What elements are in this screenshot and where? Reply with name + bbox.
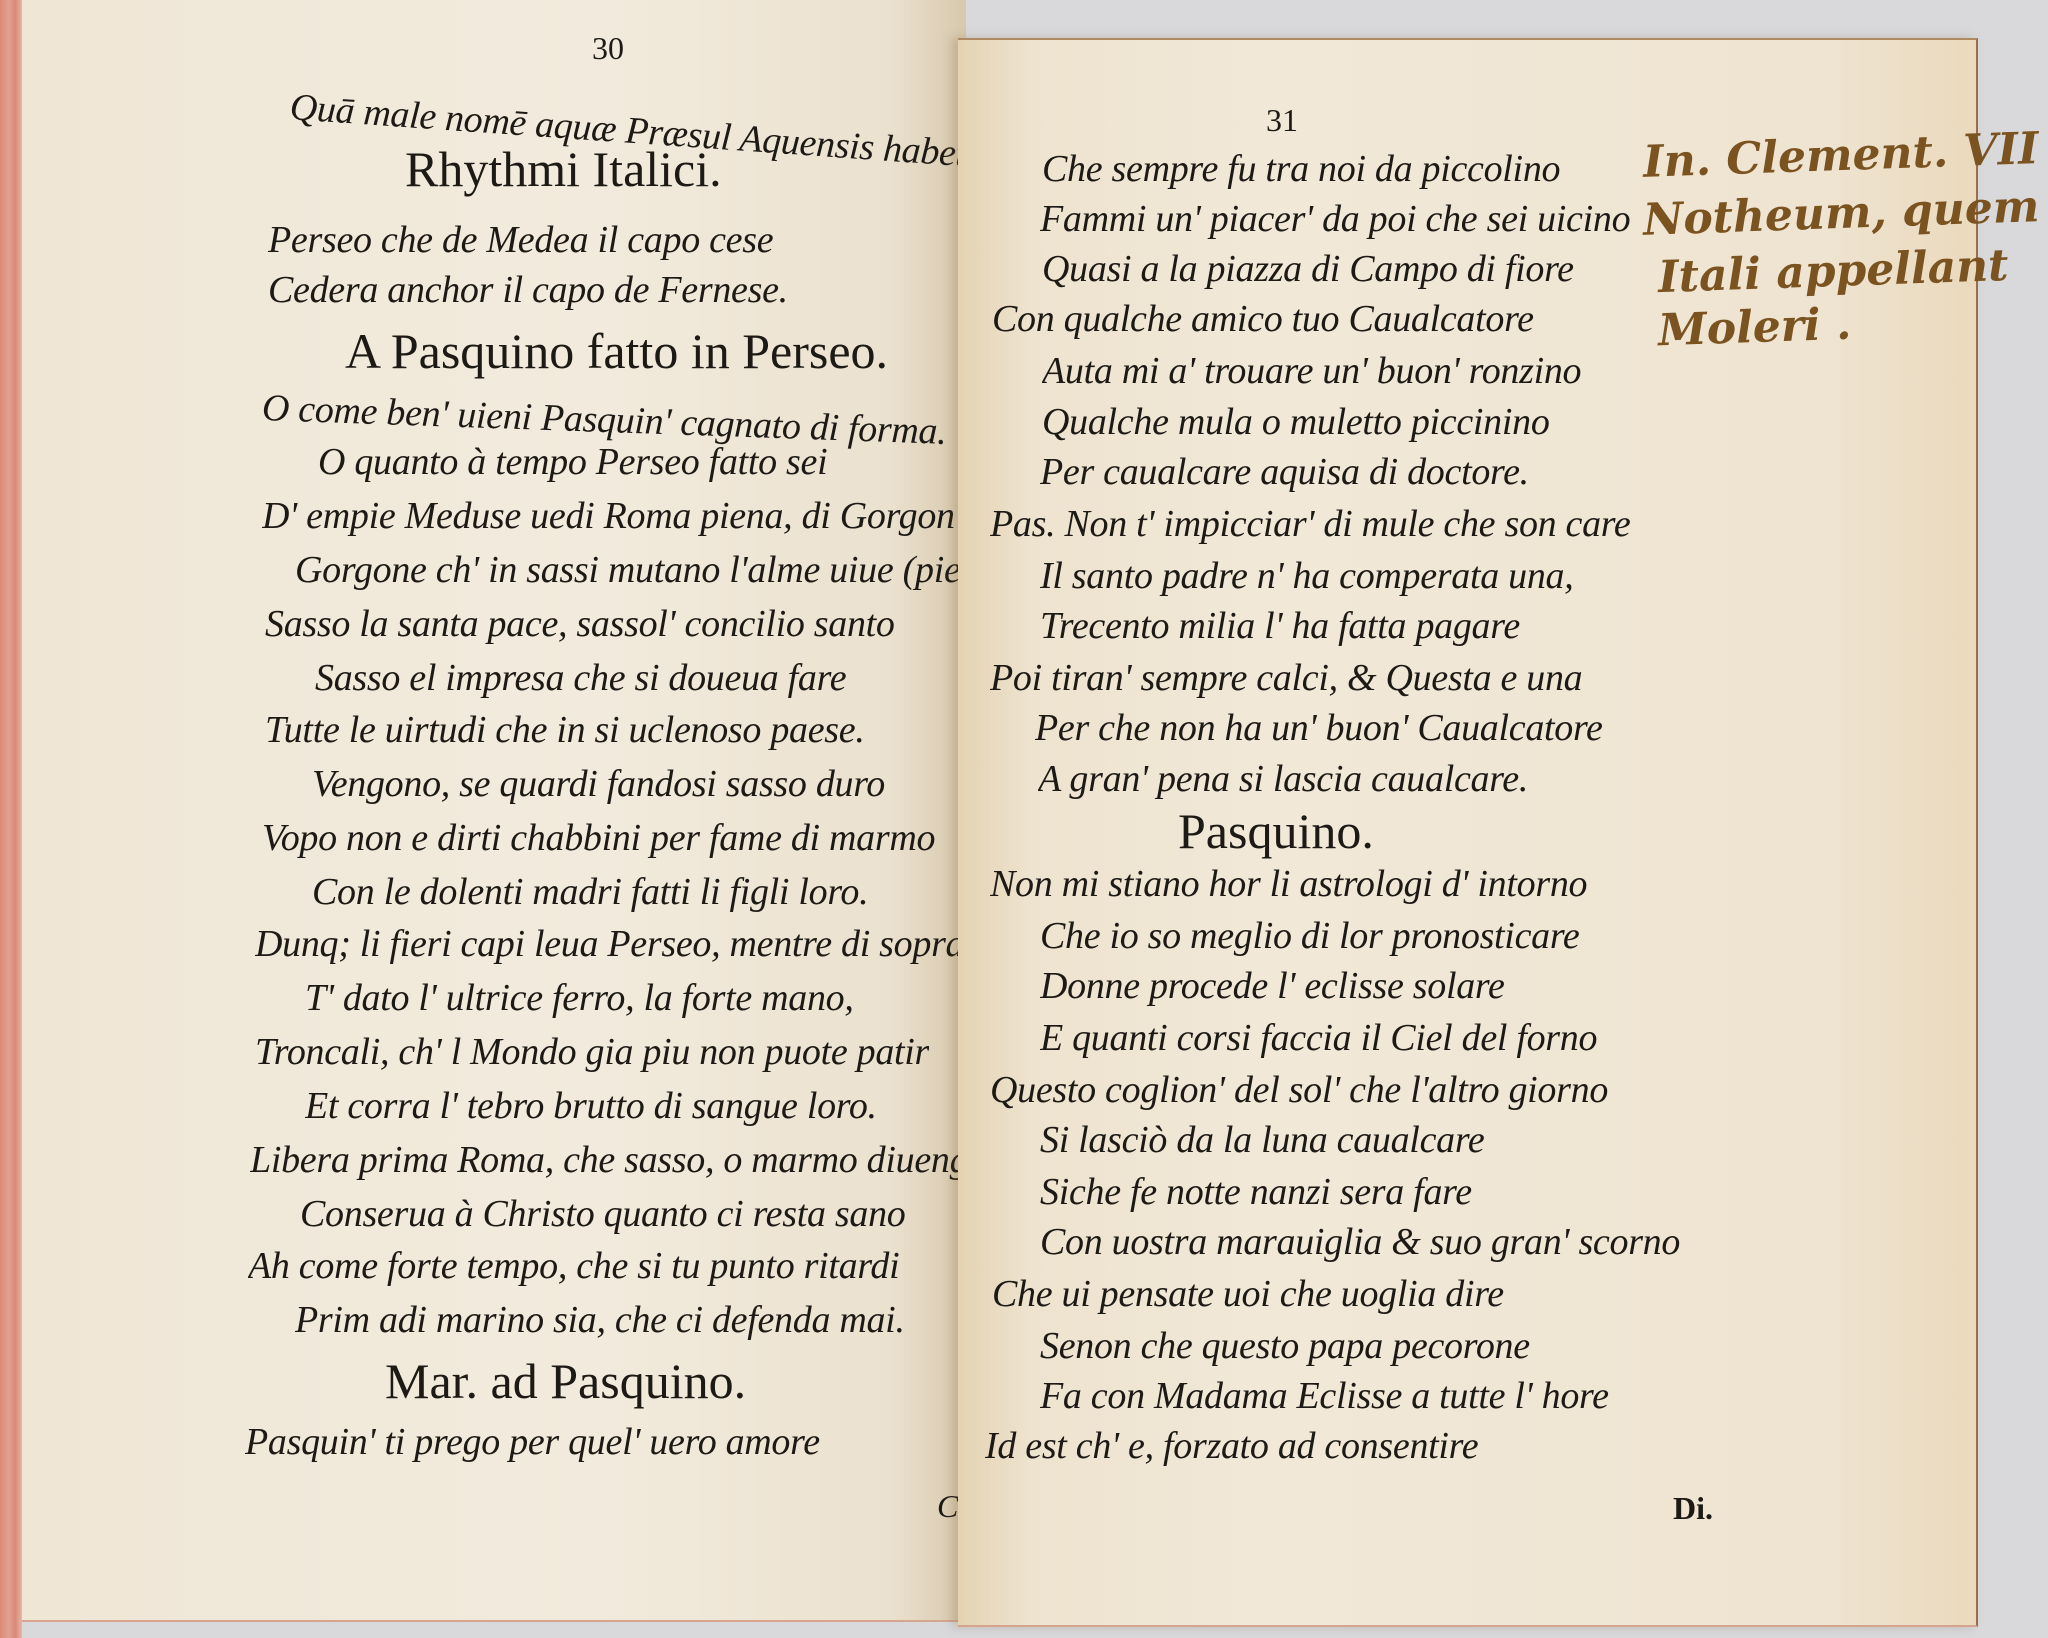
verse-line: Cedera anchor il capo de Fernese. [268, 268, 788, 312]
page-number: 30 [592, 30, 624, 67]
verse-line: A gran' pena si lascia caualcare. [1038, 757, 1528, 801]
verse-line: Libera prima Roma, che sasso, o marmo di… [250, 1138, 966, 1182]
verse-line: Gorgone ch' in sassi mutano l'alme uiue … [295, 548, 966, 592]
catchword: Di. [1673, 1490, 1713, 1527]
verse-line: Quasi a la piazza di Campo di fiore [1042, 247, 1574, 291]
verse-line: Vopo non e dirti chabbini per fame di ma… [262, 816, 935, 860]
verse-line: Il santo padre n' ha comperata una, [1040, 554, 1573, 598]
verse-line: Non mi stiano hor li astrologi d' intorn… [990, 862, 1587, 906]
section-heading: A Pasquino fatto in Perseo. [345, 322, 888, 380]
verse-line: Id est ch' e, forzato ad consentire [985, 1424, 1478, 1468]
marginal-note-line: In. Clement. VII [1642, 123, 2039, 188]
marginal-note-line: Notheum, quem [1642, 181, 2040, 246]
verse-line: Trecento milia l' ha fatta pagare [1040, 604, 1520, 648]
verse-line: Vengono, se quardi fandosi sasso duro [312, 762, 885, 806]
section-heading: Pasquino. [1178, 802, 1374, 860]
verse-line: Che sempre fu tra noi da piccolino [1042, 147, 1560, 191]
verse-line: Senon che questo papa pecorone [1040, 1324, 1530, 1368]
verse-line: Fa con Madama Eclisse a tutte l' hore [1040, 1374, 1609, 1418]
verse-line: E quanti corsi faccia il Ciel del forno [1040, 1016, 1597, 1060]
verse-line: T' dato l' ultrice ferro, la forte mano, [305, 976, 854, 1020]
verse-line: Donne procede l' eclisse solare [1040, 964, 1505, 1008]
verse-line: Che ui pensate uoi che uoglia dire [992, 1272, 1504, 1316]
verse-line: Qualche mula o muletto piccinino [1042, 400, 1550, 444]
verse-line: Dunq; li fieri capi leua Perseo, mentre … [255, 922, 964, 966]
verse-line: Troncali, ch' l Mondo gia piu non puote … [255, 1030, 929, 1074]
verse-line: Si lasciò da la luna caualcare [1040, 1118, 1484, 1162]
verse-line: Perseo che de Medea il capo cese [268, 218, 773, 262]
verse-line: Sasso el impresa che si doueua fare [315, 656, 846, 700]
page-number: 31 [1266, 102, 1298, 139]
verse-line: Con le dolenti madri fatti li figli loro… [312, 870, 868, 914]
verse-line: O quanto à tempo Perseo fatto sei [318, 440, 827, 484]
verse-line: Tutte le uirtudi che in si uclenoso paes… [265, 708, 865, 752]
verse-line: Sasso la santa pace, sassol' concilio sa… [265, 602, 895, 646]
left-page: 30 Quā male nomē aquæ Præsul Aquensis ha… [22, 0, 966, 1622]
verse-line: Per che non ha un' buon' Caualcatore [1035, 706, 1603, 750]
verse-line: Con uostra marauiglia & suo gran' scorno [1040, 1220, 1680, 1264]
verse-line: Et corra l' tebro brutto di sangue loro. [305, 1084, 877, 1128]
verse-line: D' empie Meduse uedi Roma piena, di Gorg… [262, 494, 955, 538]
verse-line: Ah come forte tempo, che si tu punto rit… [248, 1244, 899, 1288]
verse-line: Pasquin' ti prego per quel' uero amore [245, 1420, 820, 1464]
verse-line: Con qualche amico tuo Caualcatore [992, 297, 1534, 341]
verse-line: Poi tiran' sempre calci, & Questa e una [990, 656, 1582, 700]
verse-line: Per caualcare aquisa di doctore. [1040, 450, 1529, 494]
verse-line: Fammi un' piacer' da poi che sei uicino [1040, 197, 1630, 241]
verse-line: Auta mi a' trouare un' buon' ronzino [1042, 349, 1581, 393]
book-cover-edge [0, 0, 22, 1638]
verse-line: Questo coglion' del sol' che l'altro gio… [990, 1068, 1608, 1112]
section-heading: Mar. ad Pasquino. [385, 1352, 746, 1410]
section-heading: Rhythmi Italici. [405, 140, 722, 198]
verse-line: Pas. Non t' impicciar' di mule che son c… [990, 502, 1630, 546]
verse-line: Siche fe notte nanzi sera fare [1040, 1170, 1472, 1214]
right-page: 31 Che sempre fu tra noi da piccolinoFam… [958, 38, 1978, 1627]
marginal-note-line: Itali appellant [1657, 240, 2009, 303]
verse-line: Prim adi marino sia, che ci defenda mai. [295, 1298, 905, 1342]
verse-line: Conserua à Christo quanto ci resta sano [300, 1192, 906, 1236]
marginal-note-line: Moleri . [1657, 299, 1852, 357]
verse-line: Che io so meglio di lor pronosticare [1040, 914, 1579, 958]
